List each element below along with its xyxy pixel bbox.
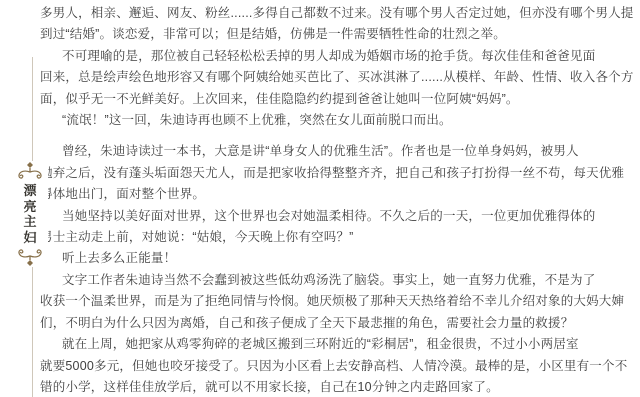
text-line: 得体地出门，面对整个世界。 <box>40 184 622 205</box>
article-body: 多男人，相亲、邂逅、网友、粉丝......多得自己都数不过来。没有哪个男人否定过… <box>40 3 622 397</box>
column-title-char: 亮 <box>12 199 48 215</box>
text-line: 就要5000多元，但她也咬牙接受了。只因为小区看上去安静高档、人情冷漠。最棒的是… <box>40 356 622 377</box>
column-title-char: 漂 <box>12 183 48 199</box>
text-line: 们，不明白为什么只因为离婚，自己和孩子便成了全天下最悲摧的角色，需要社会力量的救… <box>40 313 622 334</box>
text-line: 当她坚持以美好面对世界，这个世界也会对她温柔相待。不久之后的一天，一位更加优雅得… <box>40 206 622 227</box>
column-title-char: 妇 <box>12 230 48 246</box>
text-line: 多男人，相亲、邂逅、网友、粉丝......多得自己都数不过来。没有哪个男人否定过… <box>40 3 622 24</box>
text-line: 听上去多么正能量！ <box>40 248 622 269</box>
text-line: 文字工作者朱迪诗当然不会蠢到被这些低幼鸡汤洗了脑袋。事实上，她一直努力优雅，不是… <box>40 270 622 291</box>
page: 漂 亮 主 妇 多男人，相亲、邂逅、网友、粉丝......多得自己都数不过来。没… <box>0 0 640 397</box>
text-line: “流氓！”这一回，朱迪诗再也顾不上优雅，突然在女儿面前脱口而出。 <box>40 110 622 131</box>
column-title-char: 主 <box>12 214 48 230</box>
text-line: 抛弃之后，没有蓬头垢面怨天尤人，而是把家收拾得整整齐齐，把自己和孩子打扮得一丝不… <box>40 163 622 184</box>
flourish-bottom-icon <box>17 247 43 267</box>
text-line: 曾经，朱迪诗读过一本书，大意是讲“单身女人的优雅生活”。作者也是一位单身妈妈，被… <box>40 141 622 162</box>
column-emblem: 漂 亮 主 妇 <box>12 161 48 267</box>
text-line: 到过“结婚”。谈恋爱，非常可以；但是结婚，仿佛是一件需要牺牲性命的壮烈之举。 <box>40 24 622 45</box>
column-title: 漂 亮 主 妇 <box>12 183 48 245</box>
text-line: 就在上周，她把家从鸡零狗碎的老城区搬到三环附近的“彩桐居”，租金很贵，不过小小两… <box>40 334 622 355</box>
text-line: 面，似乎无一不光鲜美好。上次回来，佳佳隐隐约约提到爸爸让她叫一位阿姨“妈妈”。 <box>40 89 622 110</box>
text-line: 男士主动走上前，对她说：“姑娘，今天晚上你有空吗？” <box>40 227 622 248</box>
text-line: 收获一个温柔世界，而是为了拒绝同情与怜悯。她厌烦极了那种天天热络着给不幸儿介绍对… <box>40 291 622 312</box>
text-line: 不可理喻的是，那位被自己轻轻松松丢掉的男人却成为婚姻市场的抢手货。每次佳佳和爸爸… <box>40 46 622 67</box>
text-line: 错的小学，这样佳佳放学后，就可以不用家长接，自己在10分钟之内走路回家了。 <box>40 377 622 397</box>
text-line: 回来，总是绘声绘色地形容又有哪个阿姨给她买芭比了、买冰淇淋了......从模样、… <box>40 67 622 88</box>
flourish-top-icon <box>17 161 43 181</box>
